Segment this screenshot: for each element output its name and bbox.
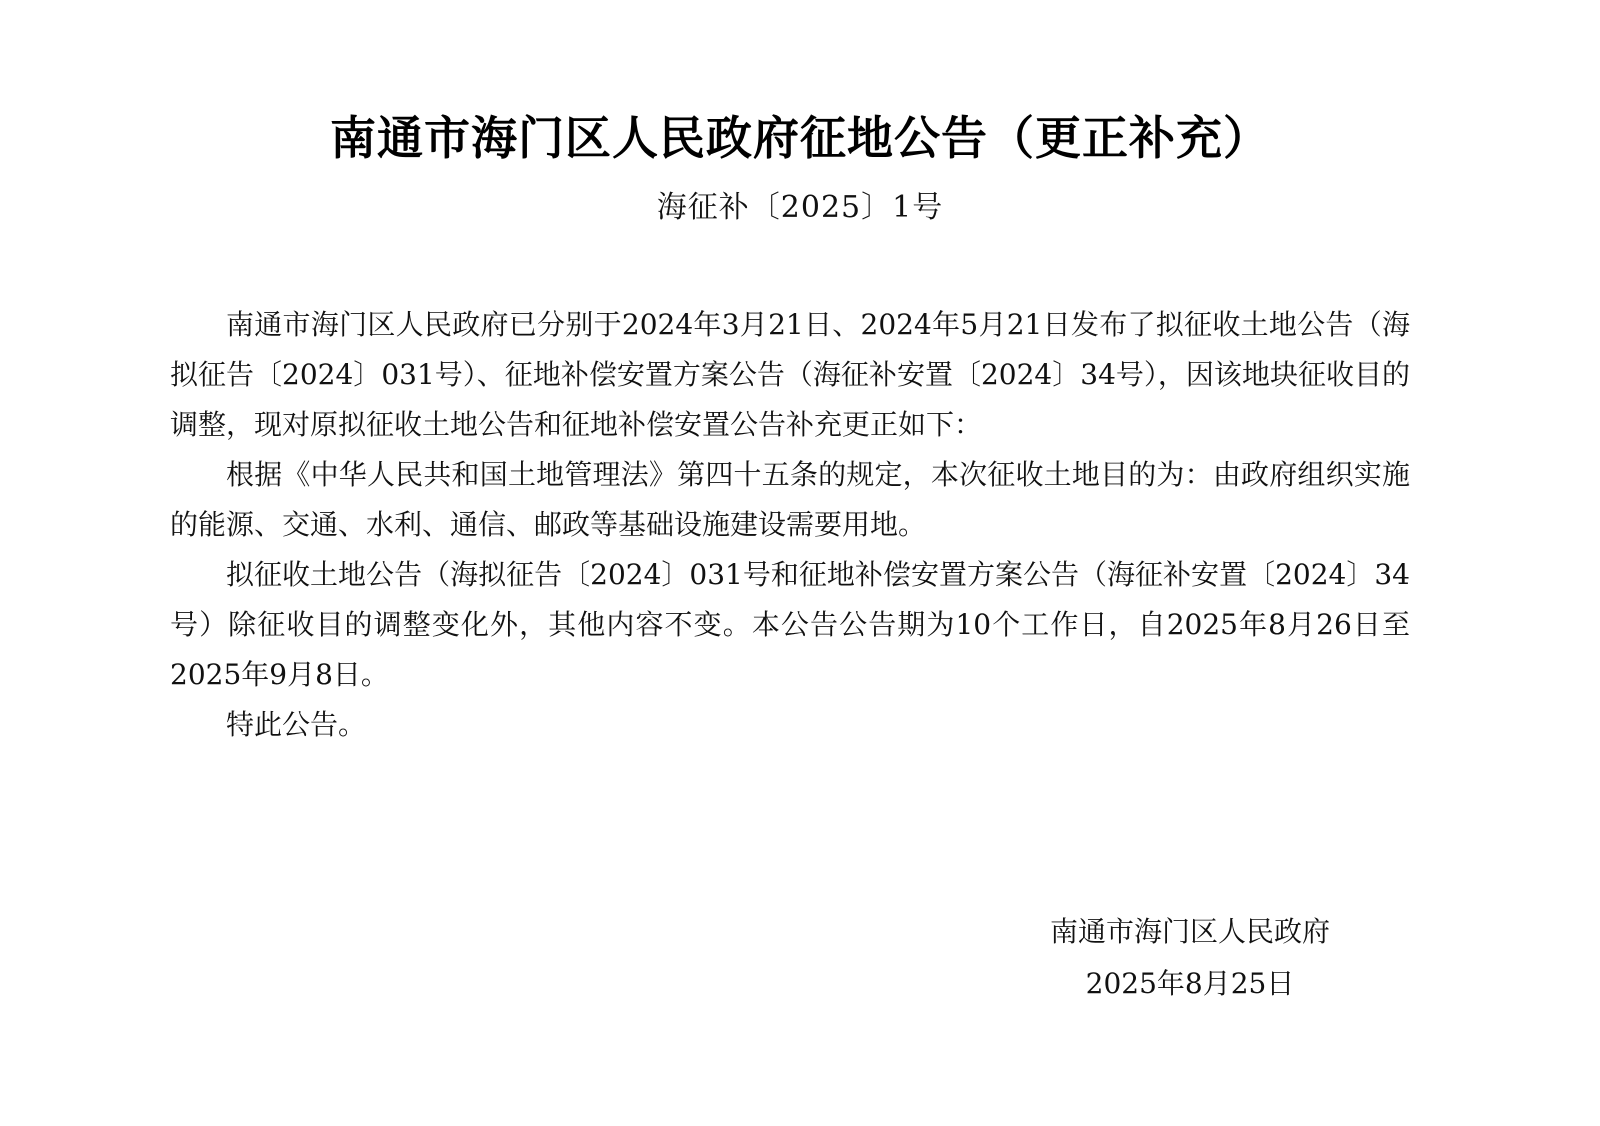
issuer-name: 南通市海门区人民政府 [1030, 906, 1350, 958]
document-number: 海征补〔2025〕1号 [0, 188, 1600, 228]
document-page: 南通市海门区人民政府征地公告（更正补充） 海征补〔2025〕1号 南通市海门区人… [0, 0, 1600, 1126]
paragraph-period: 拟征收土地公告（海拟征告〔2024〕031号和征地补偿安置方案公告（海征补安置〔… [170, 550, 1410, 700]
document-title: 南通市海门区人民政府征地公告（更正补充） [0, 108, 1600, 168]
document-body: 南通市海门区人民政府已分别于2024年3月21日、2024年5月21日发布了拟征… [170, 300, 1410, 750]
paragraph-purpose: 根据《中华人民共和国土地管理法》第四十五条的规定，本次征收土地目的为：由政府组织… [170, 450, 1410, 550]
paragraph-closing: 特此公告。 [170, 700, 1410, 750]
paragraph-background: 南通市海门区人民政府已分别于2024年3月21日、2024年5月21日发布了拟征… [170, 300, 1410, 450]
signature-block: 南通市海门区人民政府 2025年8月25日 [1030, 906, 1350, 1010]
issue-date: 2025年8月25日 [1030, 958, 1350, 1010]
